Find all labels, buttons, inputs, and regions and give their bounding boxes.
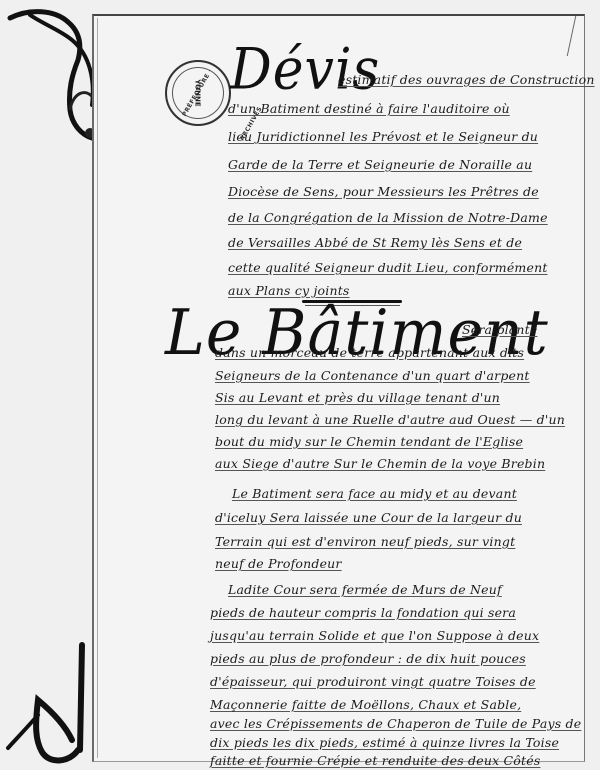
intro-line: d'un Batiment destiné à faire l'auditoir… bbox=[228, 101, 510, 116]
intro-line: de Versailles Abbé de St Remy lès Sens e… bbox=[228, 235, 522, 250]
manuscript-page bbox=[92, 14, 585, 762]
section-line: aux Siege d'autre Sur le Chemin de la vo… bbox=[215, 456, 545, 471]
section-line: dans un morceau de terre appartenant aux… bbox=[215, 345, 524, 360]
archive-stamp: PRÉFECTURE · ARCHIVES YONNE bbox=[165, 60, 231, 126]
paragraph-3-line: dix pieds les dix pieds, estimé à quinze… bbox=[210, 735, 559, 750]
section-line: long du levant à une Ruelle d'autre aud … bbox=[215, 412, 565, 427]
paragraph-3-line: pieds de hauteur compris la fondation qu… bbox=[210, 605, 516, 620]
paragraph-3-line: Ladite Cour sera fermée de Murs de Neuf bbox=[228, 582, 502, 597]
document-heading: Dévis bbox=[230, 37, 380, 103]
section-line: Sera planté bbox=[462, 322, 538, 337]
page-margin-rule bbox=[97, 18, 98, 758]
intro-line: estimatif des ouvrages de Construction bbox=[338, 72, 595, 87]
paragraph-2-line: Le Batiment sera face au midy et au deva… bbox=[232, 486, 517, 501]
paragraph-3-line: Maçonnerie faitte de Moëllons, Chaux et … bbox=[210, 697, 521, 712]
section-line: bout du midy sur le Chemin tendant de l'… bbox=[215, 434, 523, 449]
paragraph-2-line: d'iceluy Sera laissée une Cour de la lar… bbox=[215, 510, 522, 525]
intro-line: de la Congrégation de la Mission de Notr… bbox=[228, 210, 548, 225]
paragraph-3-line: faitte et fournie Crépie et renduite des… bbox=[210, 753, 540, 768]
paragraph-2-line: neuf de Profondeur bbox=[215, 556, 342, 571]
paragraph-3-line: avec les Crépissements de Chaperon de Tu… bbox=[210, 716, 581, 731]
section-line: Seigneurs de la Contenance d'un quart d'… bbox=[215, 368, 530, 383]
paragraph-3-line: pieds au plus de profondeur : de dix hui… bbox=[210, 651, 526, 666]
intro-line: Garde de la Terre et Seigneurie de Norai… bbox=[228, 157, 532, 172]
paragraph-2-line: Terrain qui est d'environ neuf pieds, su… bbox=[215, 534, 515, 549]
paragraph-3-line: d'épaisseur, qui produiront vingt quatre… bbox=[210, 674, 536, 689]
stamp-center-text: YONNE bbox=[194, 79, 202, 106]
intro-line: lieu Juridictionnel les Prévost et le Se… bbox=[228, 129, 538, 144]
section-line: Sis au Levant et près du village tenant … bbox=[215, 390, 500, 405]
intro-line: cette qualité Seigneur dudit Lieu, confo… bbox=[228, 260, 548, 275]
paragraph-3-line: jusqu'au terrain Solide et que l'on Supp… bbox=[210, 628, 539, 643]
intro-line: Diocèse de Sens, pour Messieurs les Prêt… bbox=[228, 184, 539, 199]
